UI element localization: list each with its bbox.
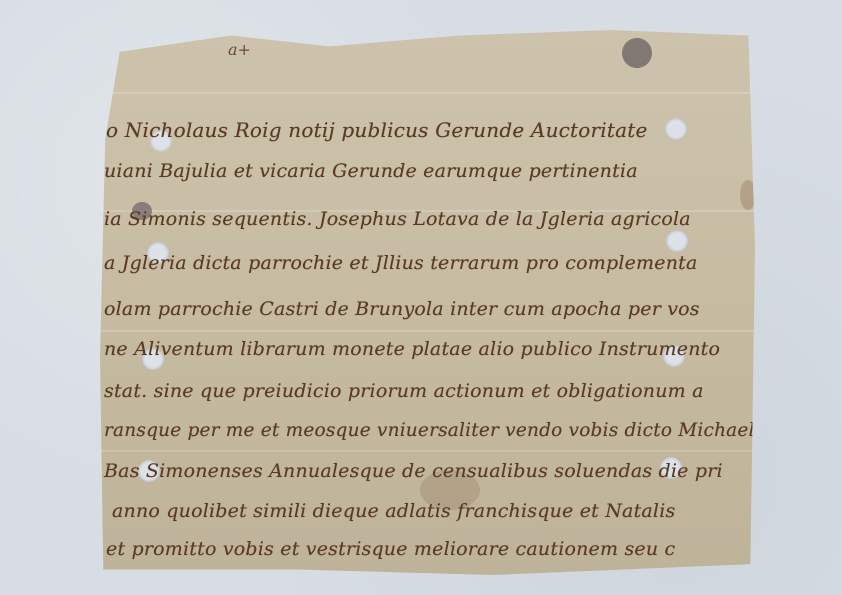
binding-hole [666, 230, 688, 252]
text-line: Bas Simonenses Annualesque de censualibu… [104, 460, 723, 482]
text-line: et promitto vobis et vestrisque meliorar… [106, 538, 675, 560]
top-mark: a+ [228, 40, 251, 59]
text-line: olam parrochie Castri de Brunyola inter … [104, 298, 700, 320]
water-stain [740, 180, 756, 210]
text-line: stat. sine que preiudicio priorum action… [104, 380, 704, 402]
binding-hole [665, 118, 687, 140]
ink-stain [622, 38, 652, 68]
text-line: ia Simonis sequentis. Josephus Lotava de… [104, 208, 691, 230]
text-line: ne Aliventum librarum monete platae alio… [104, 338, 720, 360]
text-line: uiani Bajulia et vicaria Gerunde earumqu… [104, 160, 638, 182]
text-line: ransque per me et meosque vniuersaliter … [104, 420, 761, 441]
text-line: a Jgleria dicta parrochie et Jllius terr… [104, 252, 698, 274]
text-line: anno quolibet simili dieque adlatis fran… [112, 500, 675, 522]
text-line: o Nicholaus Roig notij publicus Gerunde … [106, 118, 648, 142]
parchment-fragment: a+ o Nicholaus Roig notij publicus Gerun… [100, 30, 755, 575]
